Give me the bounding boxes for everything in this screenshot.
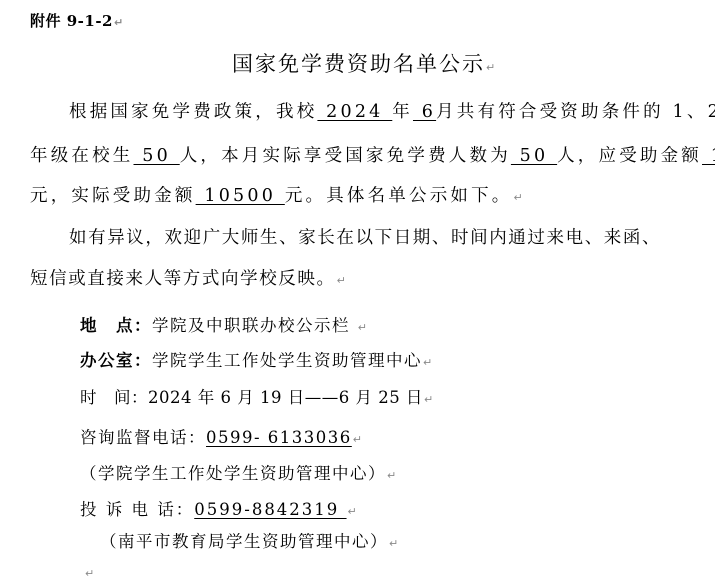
office-row: 办公室：学院学生工作处学生资助管理中心↵	[80, 347, 434, 371]
paragraph-mark-icon: ↵	[353, 433, 364, 446]
office-value: 学院学生工作处学生资助管理中心	[152, 351, 422, 370]
office-label: 办公室：	[80, 351, 152, 370]
month-value: 6	[413, 102, 436, 122]
year-value: 2024	[317, 102, 392, 122]
amount-due: 10500	[702, 146, 715, 166]
consult-phone-label: 咨询监督电话：	[80, 428, 206, 447]
paragraph-1-line-3: 元，实际受助金额 10500 元。具体名单公示如下。↵	[30, 182, 526, 207]
consult-phone-row: 咨询监督电话：0599- 6133036↵	[80, 424, 364, 448]
time-label: 时 间：	[80, 388, 148, 407]
paragraph-mark-icon: ↵	[358, 321, 369, 334]
paragraph-mark-icon: ↵	[387, 469, 398, 482]
consult-phone-value: 0599- 6133036	[206, 428, 352, 447]
paragraph-mark-icon: ↵	[389, 537, 400, 550]
paragraph-1-line-2: 年级在校生 50 人，本月实际享受国家免学费人数为 50 人，应受助金额 105…	[30, 142, 715, 167]
paragraph-mark-icon: ↵	[514, 191, 526, 204]
time-row: 时 间：2024 年 6 月 19 日——6 月 25 日↵	[80, 384, 434, 408]
beneficiaries-count: 50	[511, 146, 557, 166]
complaint-org-row: （南平市教育局学生资助管理中心）↵	[100, 528, 400, 552]
consult-org-row: （学院学生工作处学生资助管理中心）↵	[80, 460, 398, 484]
page-title: 国家免学费资助名单公示↵	[232, 48, 497, 78]
paragraph-mark-icon: ↵	[486, 61, 497, 74]
paragraph-mark-icon: ↵	[424, 393, 434, 406]
consult-org: （学院学生工作处学生资助管理中心）	[80, 464, 386, 483]
complaint-org: （南平市教育局学生资助管理中心）	[100, 532, 388, 551]
time-value: 2024 年 6 月 19 日——6 月 25 日	[148, 388, 423, 407]
location-value: 学院及中职联办校公示栏	[152, 316, 357, 335]
paragraph-mark-icon: ↵	[337, 274, 348, 287]
paragraph-mark-icon: ↵	[348, 505, 359, 518]
empty-paragraph: ↵	[84, 562, 94, 580]
paragraph-mark-icon: ↵	[114, 16, 124, 29]
students-count: 50	[134, 146, 180, 166]
amount-actual: 10500	[196, 186, 285, 206]
location-label: 地 点：	[80, 316, 152, 335]
attachment-label: 附件 9-1-2↵	[30, 10, 124, 31]
location-row: 地 点：学院及中职联办校公示栏 ↵	[80, 312, 368, 336]
paragraph-mark-icon: ↵	[85, 567, 94, 580]
paragraph-2-line-1: 如有异议，欢迎广大师生、家长在以下日期、时间内通过来电、来函、	[69, 224, 661, 249]
complaint-phone-value: 0599-8842319	[194, 500, 346, 519]
paragraph-2-line-2: 短信或直接来人等方式向学校反映。↵	[30, 265, 347, 290]
complaint-phone-row: 投 诉 电 话：0599-8842319 ↵	[80, 496, 359, 520]
paragraph-1-line-1: 根据国家免学费政策，我校 2024 年 6月共有符合受资助条件的 1、2、3	[69, 98, 715, 123]
paragraph-mark-icon: ↵	[423, 356, 434, 369]
complaint-phone-label: 投 诉 电 话：	[80, 500, 194, 519]
